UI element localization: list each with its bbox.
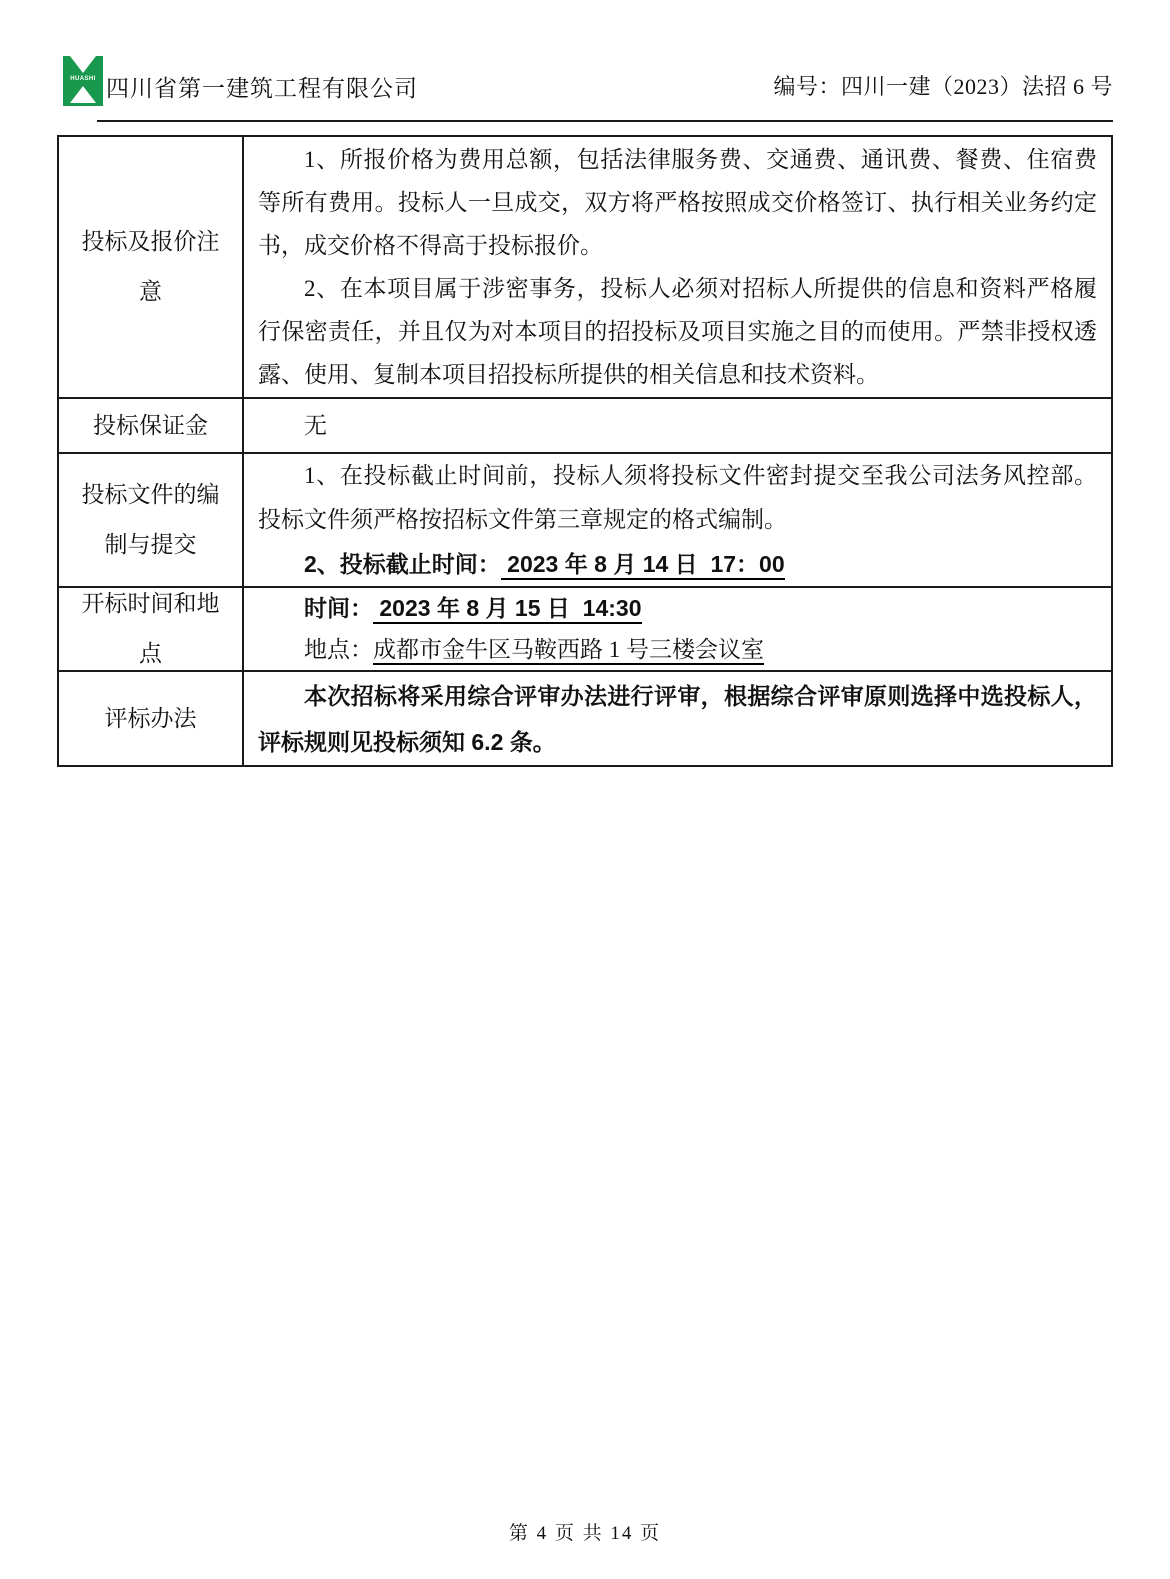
logo-wordmark: HUASHI	[63, 76, 103, 82]
row-content: 无	[244, 399, 1111, 452]
row-label: 投标及报价注意	[59, 137, 244, 397]
evaluation-method-text: 本次招标将采用综合评审办法进行评审，根据综合评审原则选择中选投标人，评标规则见投…	[258, 673, 1097, 765]
document-page: HUASHI 四川省第一建筑工程有限公司 编号：四川一建（2023）法招 6 号…	[0, 0, 1170, 1579]
bid-info-table: 投标及报价注意 1、所报价格为费用总额，包括法律服务费、交通费、通讯费、餐费、住…	[57, 135, 1113, 767]
row-content: 时间： 2023 年 8 月 15 日 14:30 地点：成都市金牛区马鞍西路 …	[244, 588, 1111, 670]
row-label: 开标时间和地点	[59, 588, 244, 670]
row-content: 1、所报价格为费用总额，包括法律服务费、交通费、通讯费、餐费、住宿费等所有费用。…	[244, 137, 1111, 397]
row-label: 投标保证金	[59, 399, 244, 452]
table-row-bid-document-preparation: 投标文件的编制与提交 1、在投标截止时间前，投标人须将投标文件密封提交至我公司法…	[59, 454, 1111, 588]
opening-place-line: 地点：成都市金牛区马鞍西路 1 号三楼会议室	[258, 629, 1097, 671]
row-label: 评标办法	[59, 672, 244, 765]
place-value: 成都市金牛区马鞍西路 1 号三楼会议室	[373, 637, 764, 665]
table-row-evaluation-method: 评标办法 本次招标将采用综合评审办法进行评审，根据综合评审原则选择中选投标人，评…	[59, 672, 1111, 765]
table-row-bid-opening: 开标时间和地点 时间： 2023 年 8 月 15 日 14:30 地点：成都市…	[59, 588, 1111, 672]
deadline-value: 2023 年 8 月 14 日 17：00	[501, 551, 785, 580]
row-label: 投标文件的编制与提交	[59, 454, 244, 586]
deadline-line: 2、投标截止时间： 2023 年 8 月 14 日 17：00	[258, 542, 1097, 586]
row-content: 本次招标将采用综合评审办法进行评审，根据综合评审原则选择中选投标人，评标规则见投…	[244, 672, 1111, 765]
page-number: 第 4 页 共 14 页	[0, 1518, 1170, 1545]
header-divider	[97, 120, 1113, 122]
time-label: 时间：	[304, 595, 373, 621]
logo-hourglass-top-shape	[70, 56, 96, 73]
paragraph: 1、所报价格为费用总额，包括法律服务费、交通费、通讯费、餐费、住宿费等所有费用。…	[258, 138, 1097, 267]
company-name: 四川省第一建筑工程有限公司	[106, 70, 418, 103]
deadline-label: 2、投标截止时间：	[304, 551, 501, 577]
logo-hourglass-bottom-shape	[70, 86, 96, 103]
paragraph: 1、在投标截止时间前，投标人须将投标文件密封提交至我公司法务风控部。投标文件须严…	[258, 454, 1097, 542]
time-value: 2023 年 8 月 15 日 14:30	[373, 595, 642, 624]
place-label: 地点：	[304, 637, 373, 662]
table-row-bid-bond: 投标保证金 无	[59, 399, 1111, 454]
document-number: 编号：四川一建（2023）法招 6 号	[773, 70, 1113, 101]
paragraph: 2、在本项目属于涉密事务，投标人必须对招标人所提供的信息和资料严格履行保密责任，…	[258, 267, 1097, 396]
bid-bond-value: 无	[258, 405, 1097, 447]
row-content: 1、在投标截止时间前，投标人须将投标文件密封提交至我公司法务风控部。投标文件须严…	[244, 454, 1111, 586]
company-logo: HUASHI	[63, 56, 103, 106]
table-row-bid-and-quote-notes: 投标及报价注意 1、所报价格为费用总额，包括法律服务费、交通费、通讯费、餐费、住…	[59, 137, 1111, 399]
opening-time-line: 时间： 2023 年 8 月 15 日 14:30	[258, 587, 1097, 629]
